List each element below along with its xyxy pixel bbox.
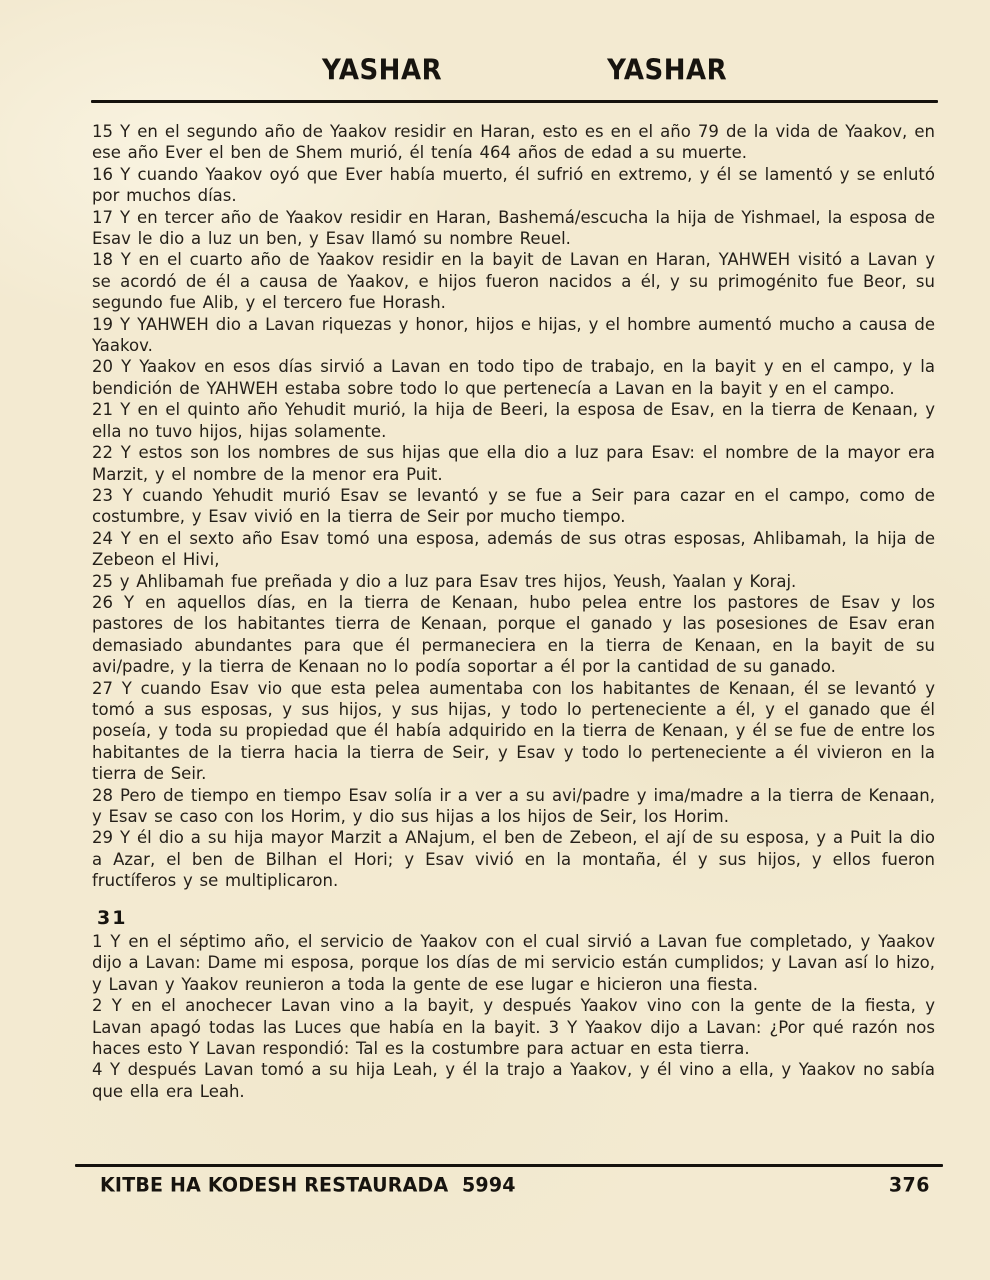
document-body: 15 Y en el segundo año de Yaakov residir… (92, 121, 935, 1102)
footer-rule (75, 1164, 943, 1167)
verse-paragraph: 18 Y en el cuarto año de Yaakov residir … (92, 249, 935, 313)
verse-paragraph: 4 Y después Lavan tomó a su hija Leah, y… (92, 1059, 935, 1102)
footer-page-number: 376 (889, 1173, 930, 1196)
verse-paragraph: 25 y Ahlibamah fue preñada y dio a luz p… (92, 571, 935, 592)
verse-paragraph: 15 Y en el segundo año de Yaakov residir… (92, 121, 935, 164)
footer-book-title: KITBE HA KODESH RESTAURADA 5994 (100, 1173, 516, 1196)
chapter-heading: 31 (97, 908, 935, 929)
header-rule (91, 100, 938, 103)
verse-paragraph: 26 Y en aquellos días, en la tierra de K… (92, 592, 935, 678)
verse-paragraph: 23 Y cuando Yehudit murió Esav se levant… (92, 485, 935, 528)
verse-paragraph: 17 Y en tercer año de Yaakov residir en … (92, 207, 935, 250)
verse-paragraph: 24 Y en el sexto año Esav tomó una espos… (92, 528, 935, 571)
verse-paragraph: 16 Y cuando Yaakov oyó que Ever había mu… (92, 164, 935, 207)
verse-paragraph: 29 Y él dio a su hija mayor Marzit a ANa… (92, 827, 935, 891)
document-page: YASHAR YASHAR 15 Y en el segundo año de … (0, 0, 990, 1280)
verse-paragraph: 28 Pero de tiempo en tiempo Esav solía i… (92, 785, 935, 828)
header-title-left: YASHAR (322, 55, 442, 87)
verse-paragraph: 21 Y en el quinto año Yehudit murió, la … (92, 399, 935, 442)
verse-paragraph: 1 Y en el séptimo año, el servicio de Ya… (92, 931, 935, 995)
verse-paragraph: 20 Y Yaakov en esos días sirvió a Lavan … (92, 356, 935, 399)
verse-paragraph: 27 Y cuando Esav vio que esta pelea aume… (92, 678, 935, 785)
page-footer: KITBE HA KODESH RESTAURADA 5994 376 (100, 1174, 930, 1196)
verse-paragraph: 19 Y YAHWEH dio a Lavan riquezas y honor… (92, 314, 935, 357)
header-title-right: YASHAR (607, 55, 727, 87)
verse-paragraph: 2 Y en el anochecer Lavan vino a la bayi… (92, 995, 935, 1059)
page-header: YASHAR YASHAR (322, 56, 727, 86)
verse-paragraph: 22 Y estos son los nombres de sus hijas … (92, 442, 935, 485)
